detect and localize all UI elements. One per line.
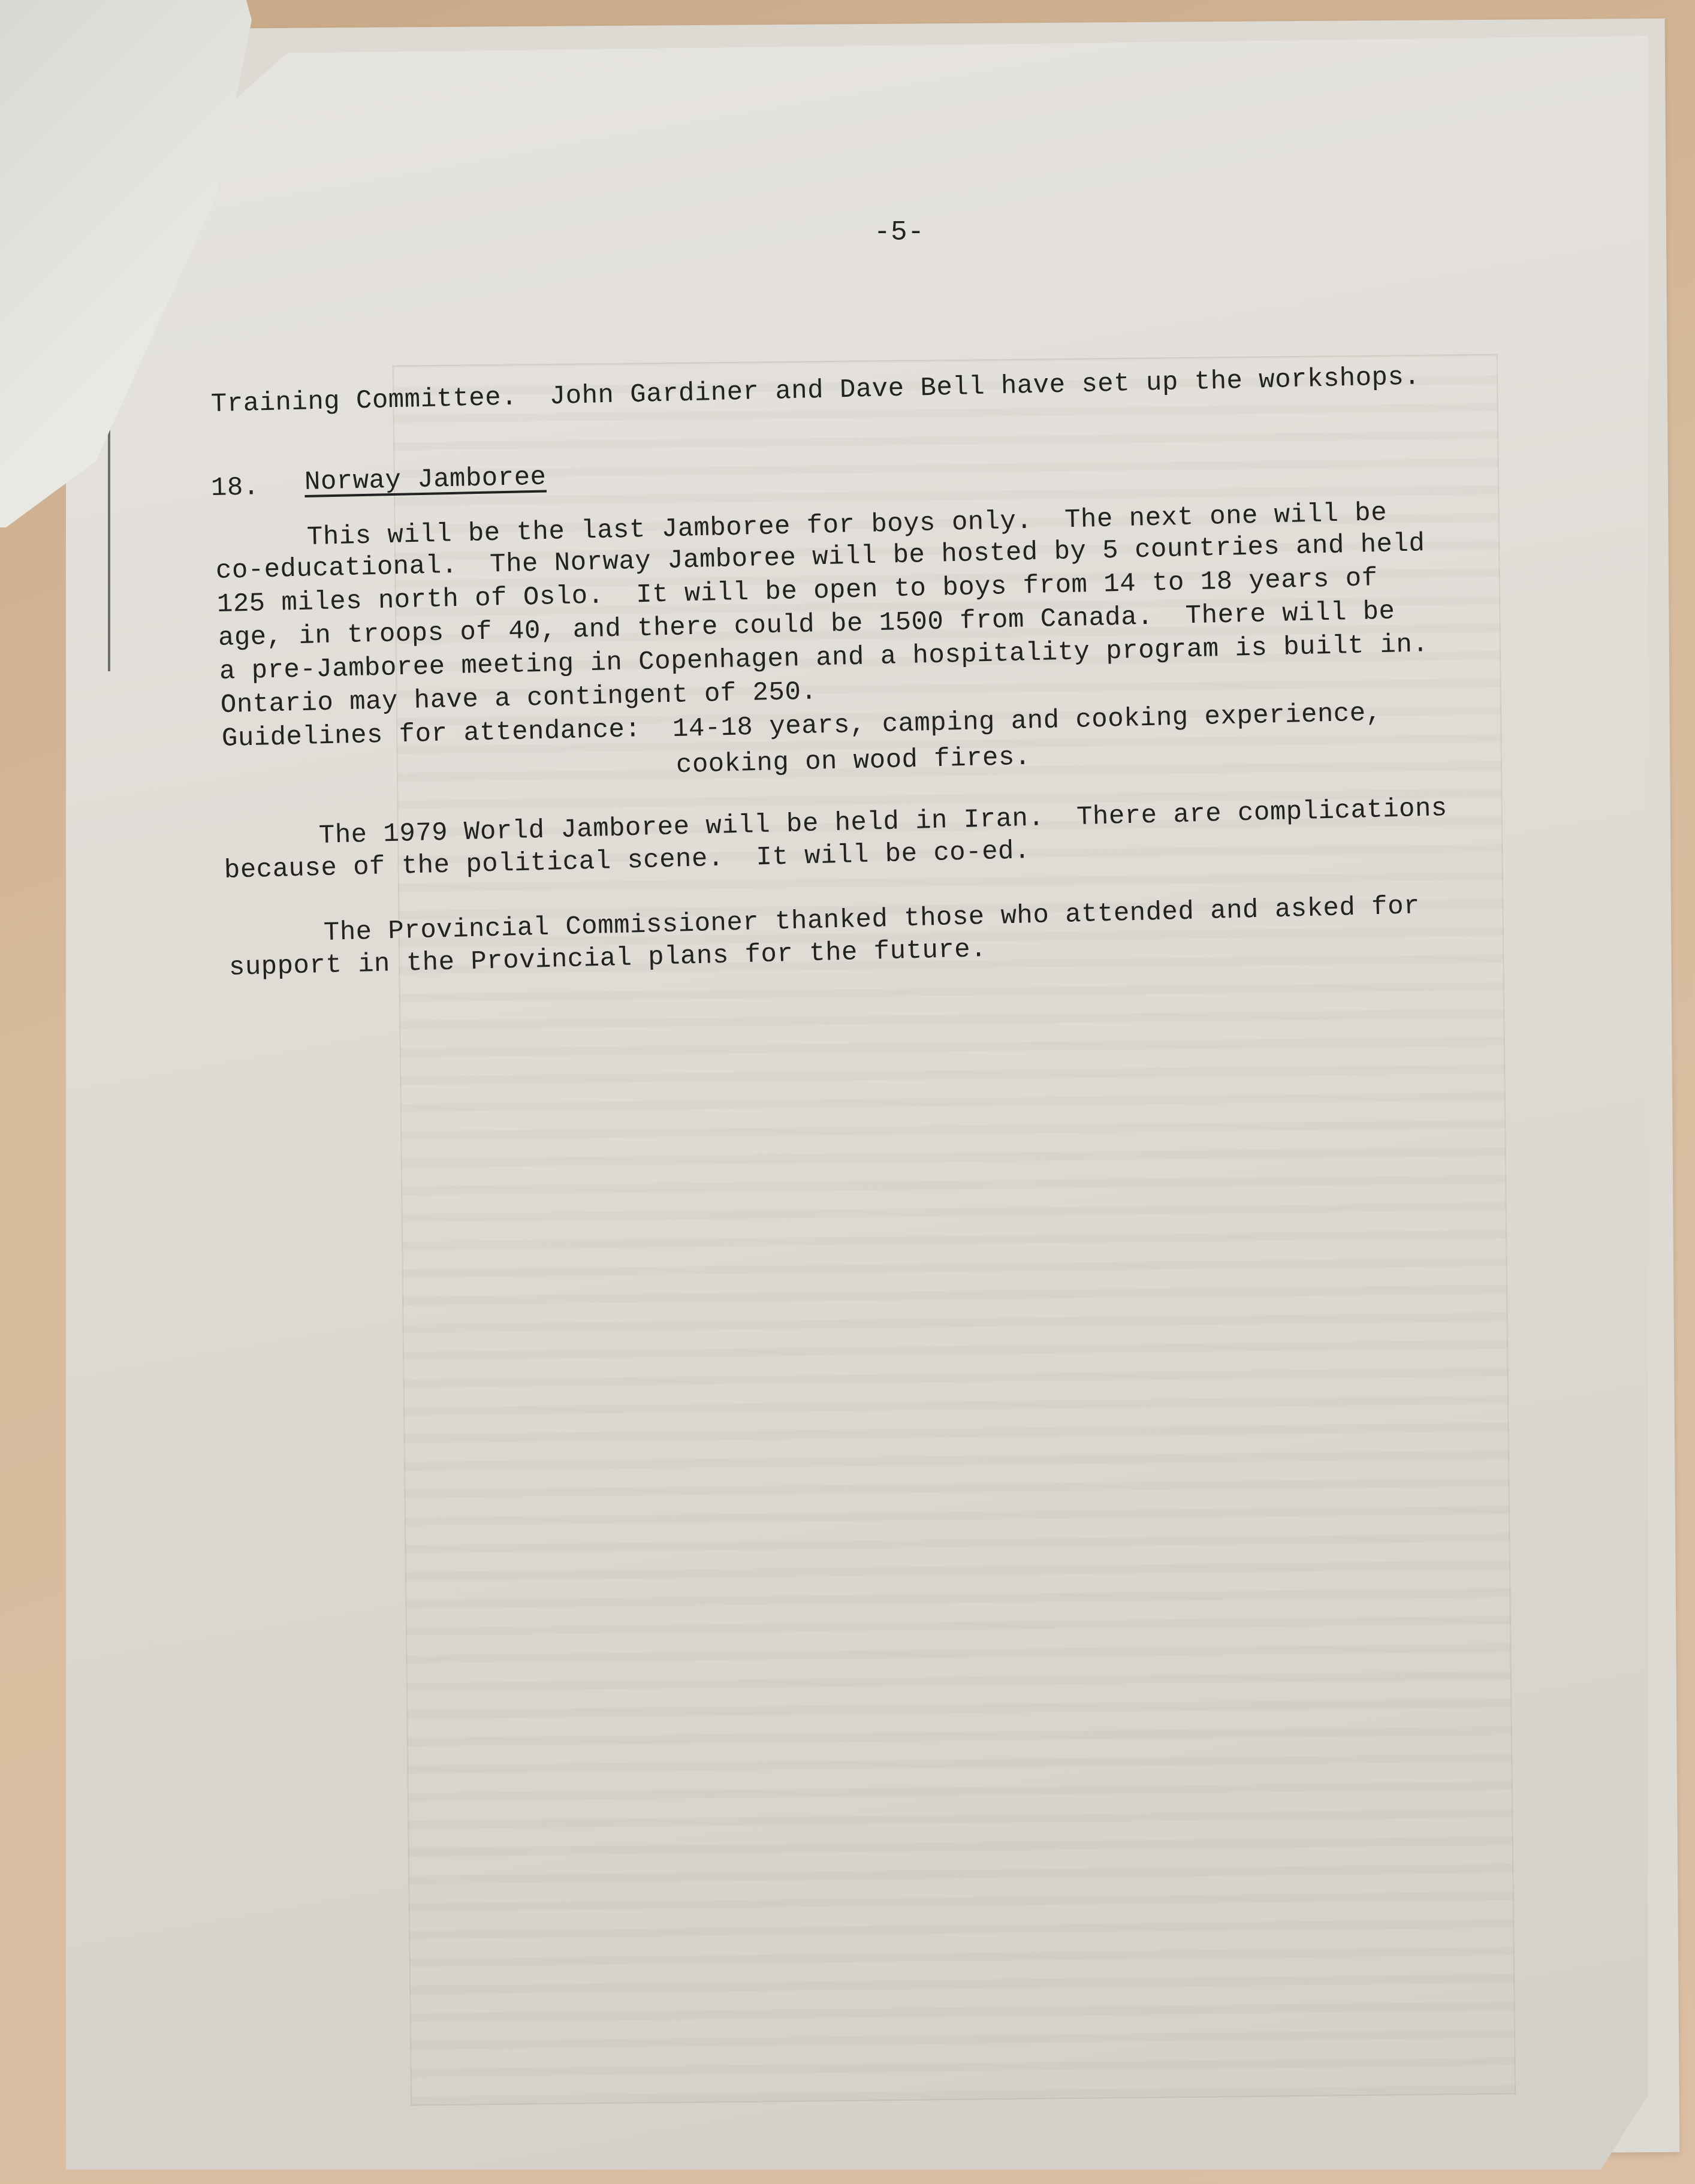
page-number: -5- [874, 217, 924, 248]
section-title: Norway Jamboree [304, 463, 547, 497]
guidelines-line: cooking on wood fires. [675, 743, 1031, 780]
guidelines-label: Guidelines for attendance: [221, 714, 641, 754]
continuation-line: Training Committee. John Gardiner and Da… [210, 362, 1420, 420]
section-number: 18. [210, 472, 260, 503]
document-content: -5- Training Committee. John Gardiner an… [0, 0, 1695, 2184]
